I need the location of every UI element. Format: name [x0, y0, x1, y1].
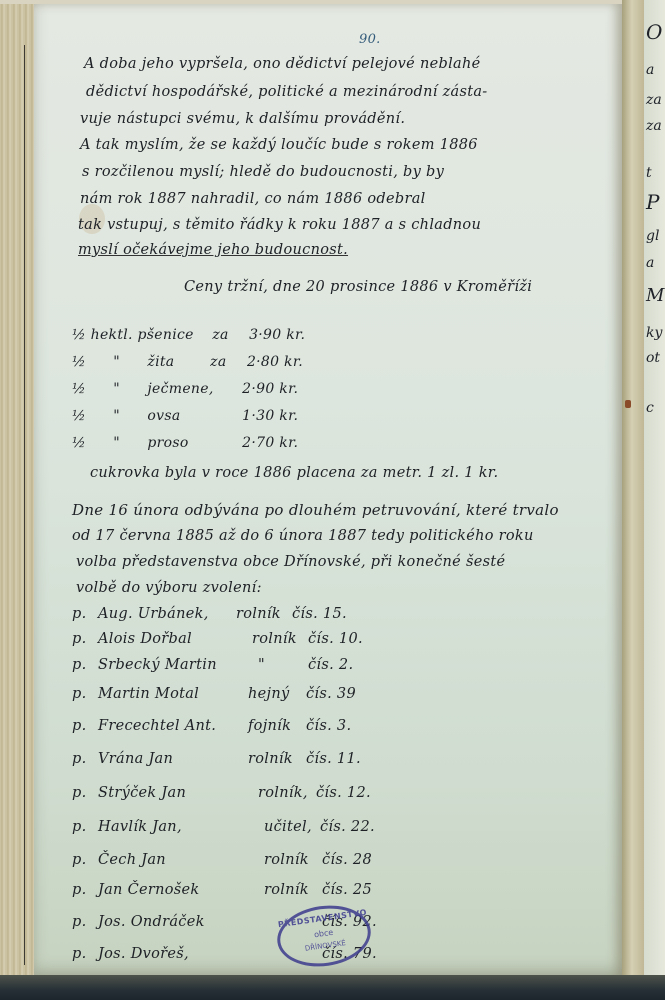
member-row: p.Aug. Urbánek,rolníkčís. 15. — [72, 606, 347, 622]
text-line: volba představenstva obce Dřínovské, při… — [76, 554, 505, 570]
price-row: ½ hektl. pšenice za 3·90 kr. — [72, 327, 305, 343]
facing-page: O a za za t P gl a M ky ot c — [644, 0, 665, 980]
text-line: Dne 16 února odbývána po dlouhém petruvo… — [72, 501, 559, 519]
member-row: p.Čech Janrolníkčís. 28 — [72, 852, 372, 868]
member-row: p.Srbecký Martin"čís. 2. — [72, 657, 353, 673]
text-line: A doba jeho vypršela, ono dědictví pelej… — [84, 56, 480, 72]
text-line: dědictví hospodářské, politické a meziná… — [86, 84, 488, 100]
price-row: ½ " proso 2·70 kr. — [72, 435, 298, 451]
text-line: A tak myslím, že se každý loučíc bude s … — [80, 137, 478, 153]
member-row: p.Martin Motalhejnýčís. 39 — [72, 686, 356, 702]
text-line: myslí očekávejme jeho budoucnost. — [78, 242, 348, 258]
table-surface — [0, 975, 665, 1000]
price-row: ½ " ovsa 1·30 kr. — [72, 408, 298, 424]
text-line: s rozčilenou myslí; hledě do budoucnosti… — [82, 164, 444, 180]
book-gutter — [622, 0, 644, 980]
binding-pin — [625, 400, 631, 408]
member-row: p.Vrána Janrolníkčís. 11. — [72, 751, 361, 767]
page-edges — [0, 4, 35, 976]
text-line: tak vstupuj, s těmito řádky k roku 1887 … — [78, 217, 481, 233]
member-row: p.Havlík Jan,učitel,čís. 22. — [72, 819, 375, 835]
text-line: nám rok 1887 nahradil, co nám 1886 odebr… — [80, 191, 426, 207]
ledger-page: 90. A doba jeho vypršela, ono dědictví p… — [34, 4, 622, 979]
member-row: p.Alois Dořbalrolníkčís. 10. — [72, 631, 363, 647]
member-row: p.Jan Černošekrolníkčís. 25 — [72, 882, 372, 898]
page-number: 90. — [359, 32, 381, 47]
margin-rule — [24, 45, 25, 965]
text-line: volbě do výboru zvolení: — [76, 580, 262, 596]
member-row: p.Frecechtel Ant.fojníkčís. 3. — [72, 718, 351, 734]
member-row: p.Strýček Janrolník,čís. 12. — [72, 785, 371, 801]
text-line: vuje nástupci svému, k dalšímu provádění… — [80, 111, 405, 127]
text-line: od 17 června 1885 až do 6 února 1887 ted… — [72, 528, 534, 544]
sugar-beet-note: cukrovka byla v roce 1886 placena za met… — [90, 465, 498, 481]
market-prices-heading: Ceny tržní, dne 20 prosince 1886 v Kromě… — [184, 279, 532, 295]
price-row: ½ " ječmene, 2·90 kr. — [72, 381, 298, 397]
price-row: ½ " žita za 2·80 kr. — [72, 354, 303, 370]
ledger-book: 90. A doba jeho vypršela, ono dědictví p… — [0, 0, 665, 980]
